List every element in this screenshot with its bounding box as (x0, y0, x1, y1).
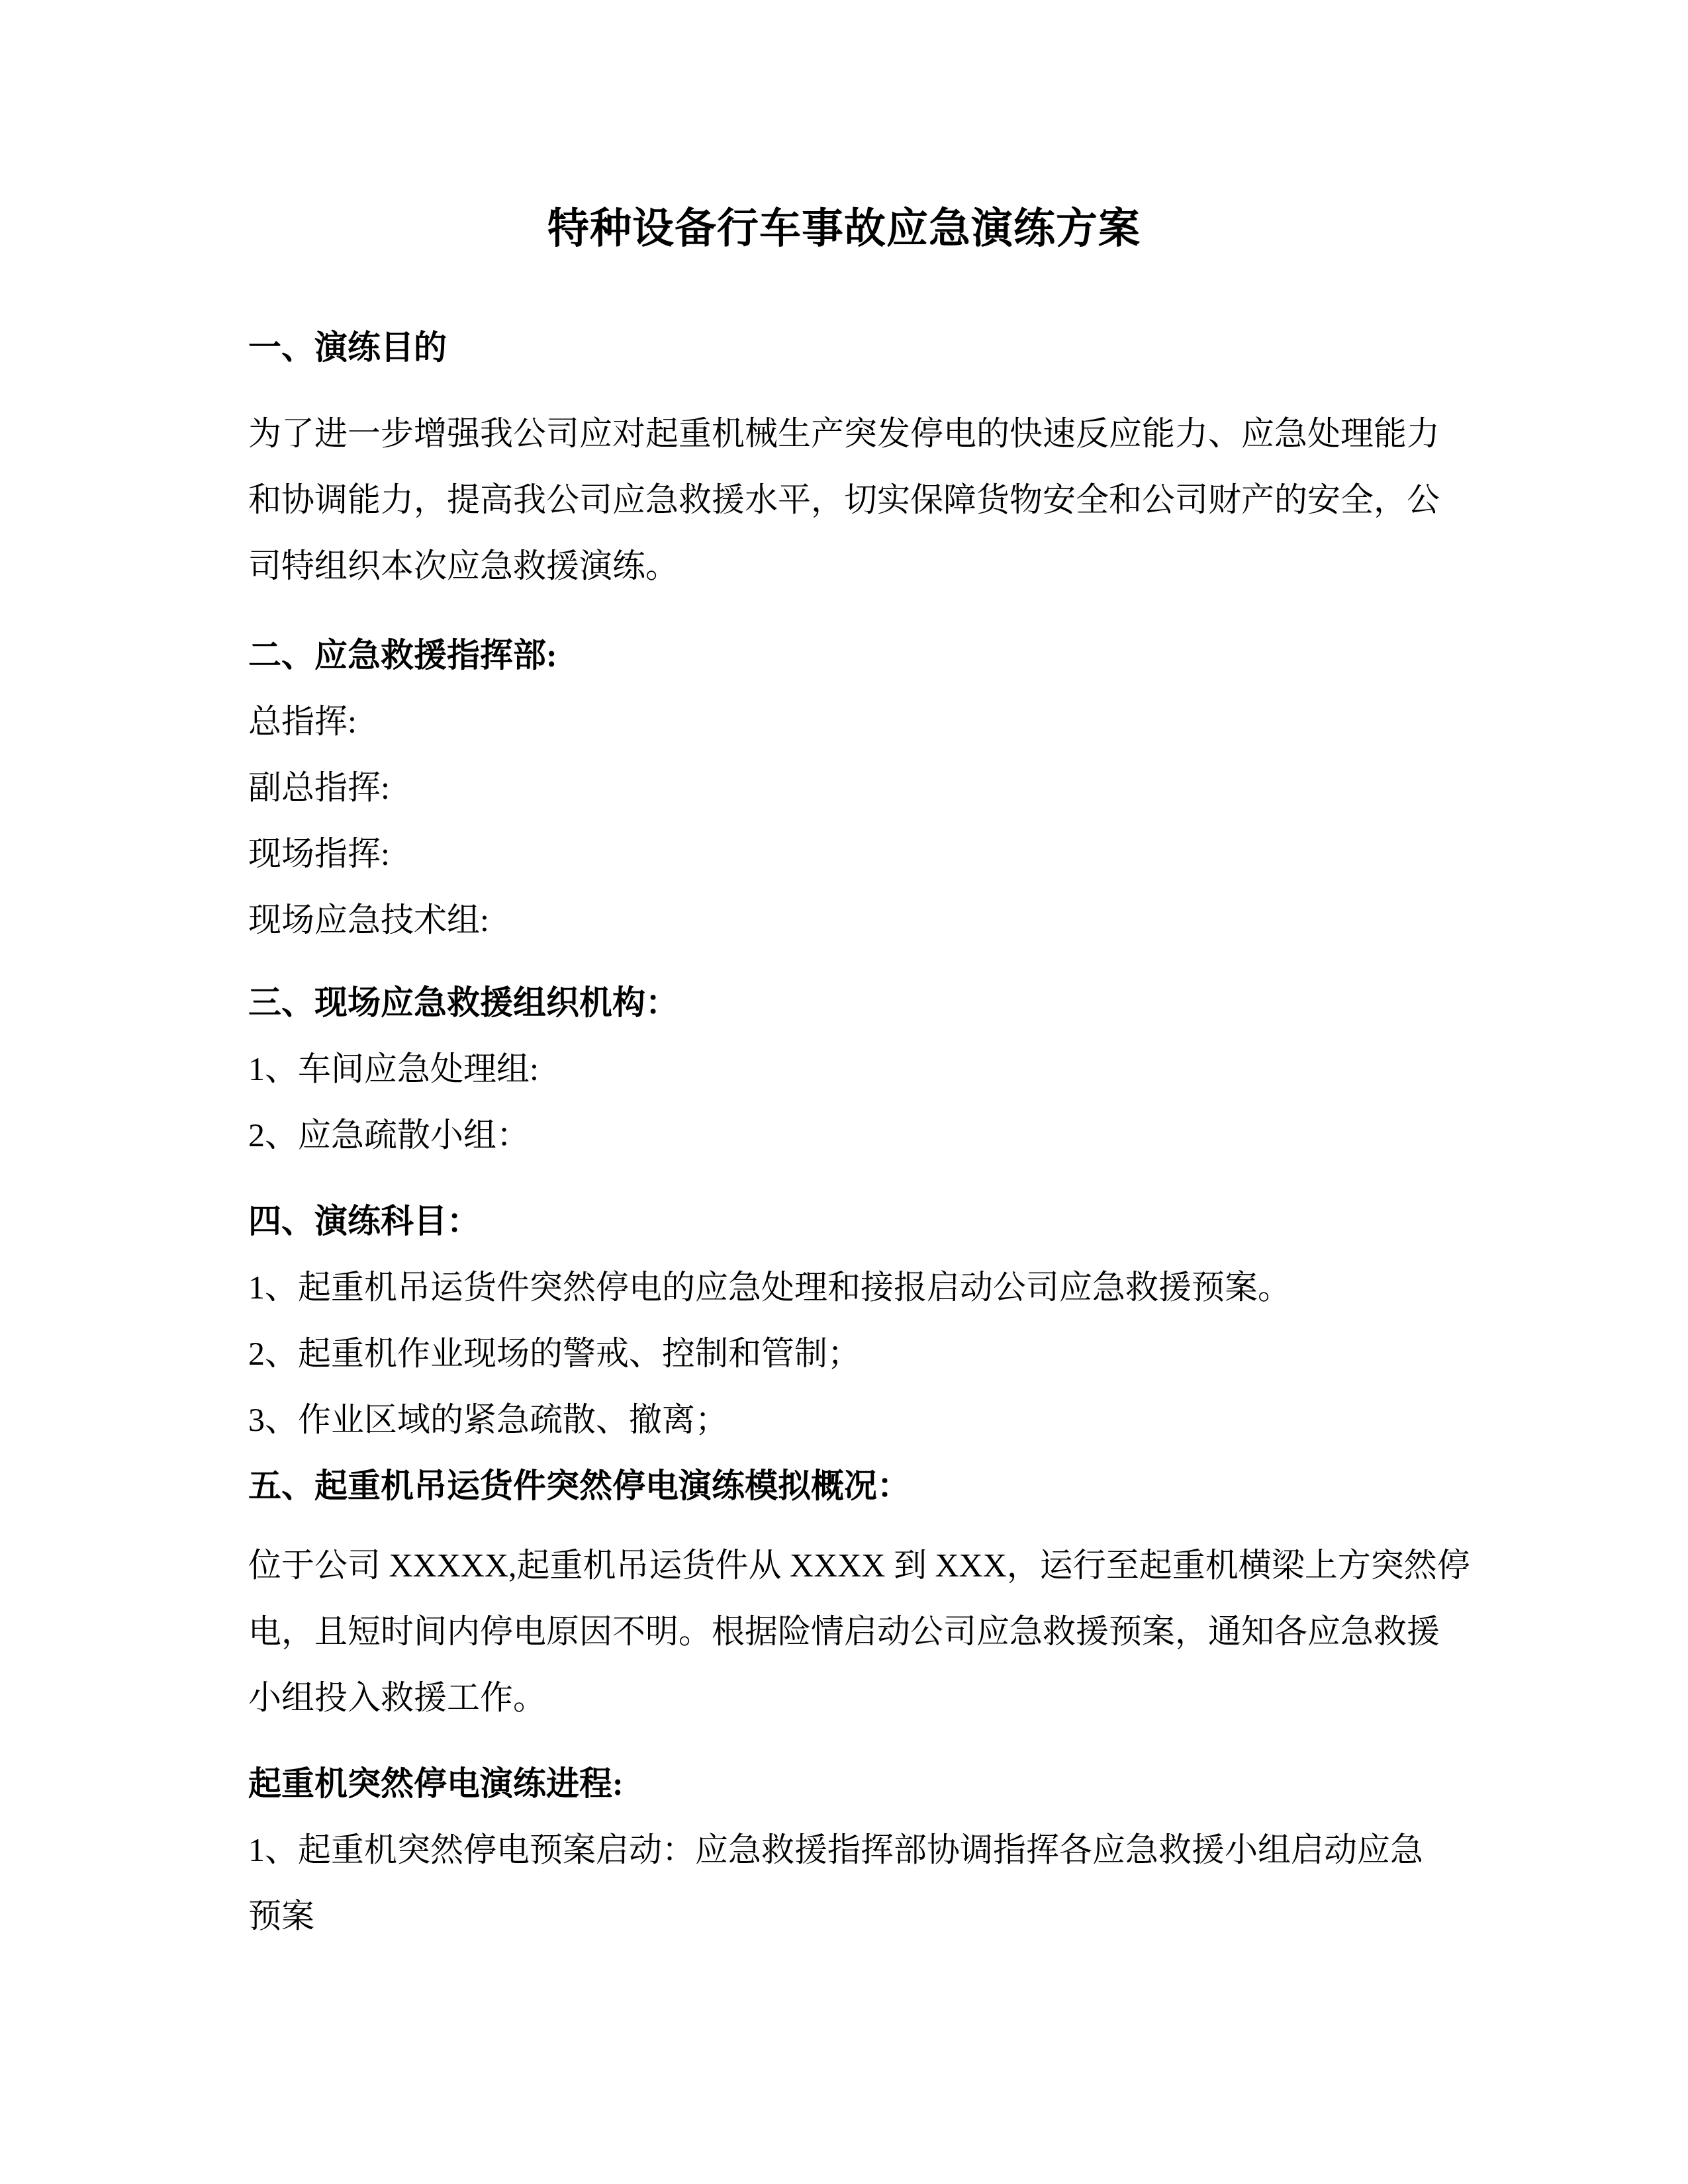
list-item-evacuation-group: 2、应急疏散小组： (248, 1102, 1440, 1168)
paragraph-line: 位于公司 XXXXX,起重机吊运货件从 XXXX 到 XXX，运行至起重机横梁上… (248, 1532, 1440, 1598)
list-item-workshop-group: 1、车间应急处理组: (248, 1036, 1440, 1102)
paragraph-line: 和协调能力，提高我公司应急救援水平，切实保障货物安全和公司财产的安全，公 (248, 467, 1440, 533)
heading-organization: 三、现场应急救援组织机构： (248, 970, 1440, 1036)
paragraph-purpose: 为了进一步增强我公司应对起重机械生产突发停电的快速反应能力、应急处理能力 和协调… (248, 400, 1440, 599)
subjects-list: 1、起重机吊运货件突然停电的应急处理和接报启动公司应急救援预案。 2、起重机作业… (248, 1254, 1440, 1453)
list-item-subject-3: 3、作业区域的紧急疏散、撤离； (248, 1387, 1440, 1453)
field-line-deputy-commander: 副总指挥: (248, 754, 1440, 821)
list-item-subject-2: 2、起重机作业现场的警戒、控制和管制； (248, 1320, 1440, 1387)
paragraph-line: 1、起重机突然停电预案启动：应急救援指挥部协调指挥各应急救援小组启动应急 (248, 1817, 1440, 1883)
paragraph-line: 电，且短时间内停电原因不明。根据险情启动公司应急救援预案，通知各应急救援 (248, 1598, 1440, 1664)
field-line-site-commander: 现场指挥: (248, 821, 1440, 887)
paragraph-line: 小组投入救援工作。 (248, 1664, 1440, 1731)
paragraph-line: 为了进一步增强我公司应对起重机械生产突发停电的快速反应能力、应急处理能力 (248, 400, 1440, 467)
document-page: 特种设备行车事故应急演练方案 一、演练目的 为了进一步增强我公司应对起重机械生产… (0, 0, 1688, 2184)
field-line-chief-commander: 总指挥: (248, 688, 1440, 754)
command-roles-list: 总指挥: 副总指挥: 现场指挥: 现场应急技术组: (248, 688, 1440, 953)
heading-process: 起重机突然停电演练进程: (248, 1751, 1440, 1817)
heading-simulation: 五、起重机吊运货件突然停电演练模拟概况： (248, 1453, 1440, 1519)
paragraph-line: 预案 (248, 1883, 1440, 1949)
list-item-subject-1: 1、起重机吊运货件突然停电的应急处理和接报启动公司应急救援预案。 (248, 1254, 1440, 1320)
paragraph-process: 1、起重机突然停电预案启动：应急救援指挥部协调指挥各应急救援小组启动应急 预案 (248, 1817, 1440, 1949)
heading-command-center: 二、应急救援指挥部: (248, 622, 1440, 688)
heading-subjects: 四、演练科目： (248, 1188, 1440, 1254)
paragraph-simulation: 位于公司 XXXXX,起重机吊运货件从 XXXX 到 XXX，运行至起重机横梁上… (248, 1532, 1440, 1731)
field-line-site-tech-group: 现场应急技术组: (248, 887, 1440, 953)
paragraph-line: 司特组织本次应急救援演练。 (248, 533, 1440, 599)
heading-purpose: 一、演练目的 (248, 314, 1440, 381)
document-title: 特种设备行车事故应急演练方案 (248, 192, 1440, 265)
organization-list: 1、车间应急处理组: 2、应急疏散小组： (248, 1036, 1440, 1168)
